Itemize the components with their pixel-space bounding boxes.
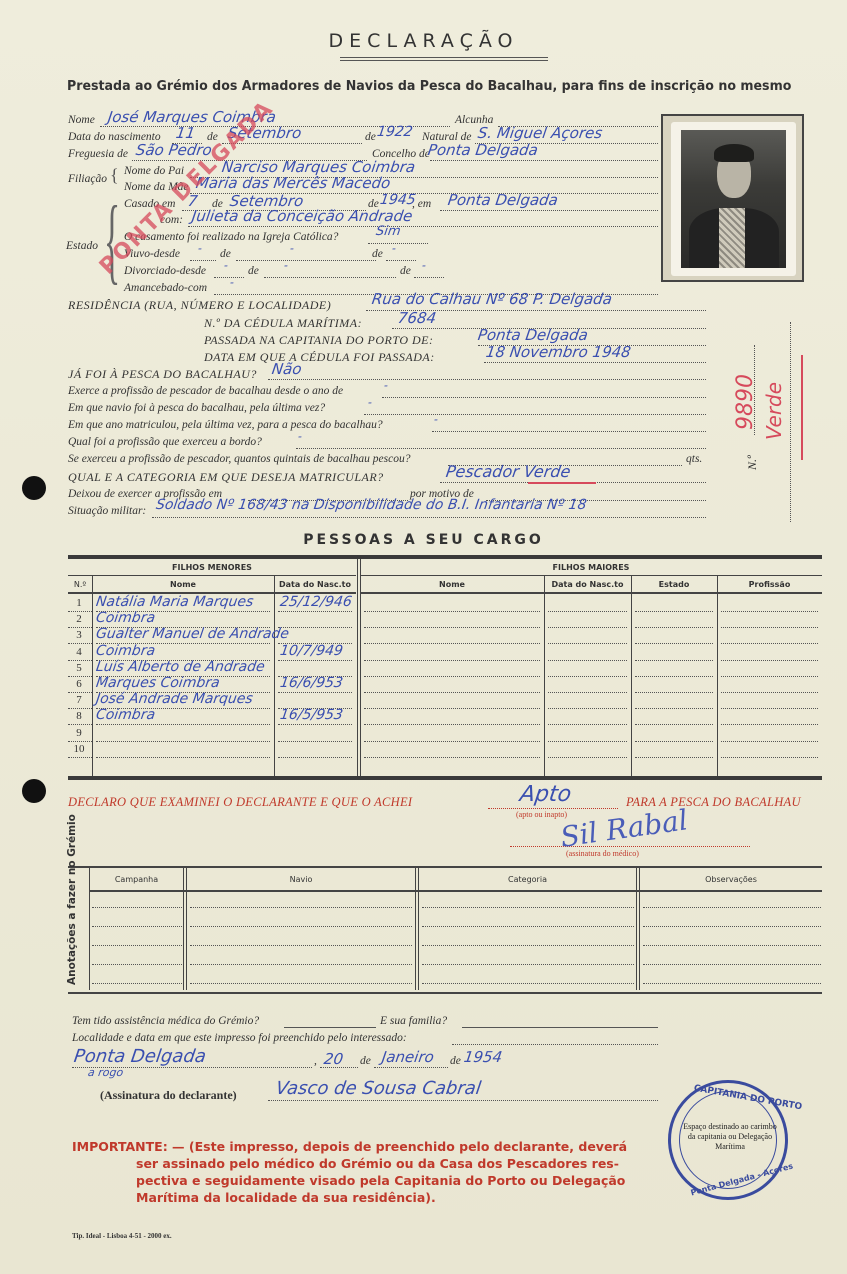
row-number: 9: [68, 727, 90, 739]
row-line: [548, 757, 627, 758]
row-line: [548, 708, 627, 709]
child-birthdate-field[interactable]: 25/12/946: [279, 594, 353, 610]
col-maiores-profissao: Profissão: [717, 580, 822, 589]
divorciado-value: -: [283, 259, 289, 272]
row-line: [635, 611, 713, 612]
row-line: [635, 724, 713, 725]
divorciado-field-1[interactable]: [214, 277, 244, 278]
anotacao-field[interactable]: [643, 983, 821, 984]
child-birthdate-field[interactable]: 16/6/953: [279, 675, 344, 691]
row-line: [364, 741, 540, 742]
side-number-label: N.º: [745, 455, 760, 470]
row-line: [68, 724, 92, 725]
row-line: [278, 724, 352, 725]
title-underline: [340, 57, 548, 58]
residencia-field[interactable]: Rua do Calhau Nº 68 P. Delgada: [371, 290, 613, 308]
declaration-form: DECLARAÇÃO Prestada ao Grémio dos Armado…: [0, 0, 847, 1274]
rule: [68, 992, 822, 994]
col-maiores-estado: Estado: [631, 580, 717, 589]
anotacao-field[interactable]: [422, 945, 634, 946]
row-line: [278, 741, 352, 742]
line: [432, 431, 706, 432]
row-line: [68, 660, 92, 661]
col-campanha: Campanha: [90, 875, 183, 884]
row-line: [68, 611, 92, 612]
de-label: de: [400, 265, 411, 277]
rule: [415, 868, 416, 990]
anotacao-field[interactable]: [190, 964, 412, 965]
line: [488, 808, 618, 809]
row-line: [68, 741, 92, 742]
apto-hint: (apto ou inapto): [516, 810, 567, 819]
assinatura-medico-hint: (assinatura do médico): [566, 849, 639, 858]
line: [368, 243, 428, 244]
rule: [183, 868, 184, 990]
anotacao-field[interactable]: [422, 983, 634, 984]
child-name-field[interactable]: Gualter Manuel de Andrade: [95, 626, 290, 642]
rule: [89, 868, 90, 990]
quintais-label: Se exerceu a profissão de pescador, quan…: [68, 453, 411, 465]
row-number: 8: [68, 710, 90, 722]
col-maiores-data: Data do Nasc.to: [544, 580, 631, 589]
de-label: de: [360, 1055, 371, 1067]
punch-hole: [22, 476, 46, 500]
nome-label: Nome: [68, 114, 95, 126]
desde-label: Exerce a profissão de pescador de bacalh…: [68, 385, 343, 397]
line: [296, 448, 706, 449]
divorciado-field-3[interactable]: [414, 277, 444, 278]
row-line: [721, 708, 818, 709]
de-label: de: [372, 248, 383, 260]
anotacao-field[interactable]: [190, 983, 412, 984]
de-ano-label: de: [365, 131, 376, 143]
red-mark: [801, 355, 803, 460]
de-label: de: [450, 1055, 461, 1067]
navio-field[interactable]: -: [367, 396, 373, 409]
row-line: [635, 627, 713, 628]
de-label: de: [248, 265, 259, 277]
row-line: [364, 708, 540, 709]
mae-field[interactable]: Maria das Mercês Macedo: [195, 174, 392, 192]
row-line: [635, 643, 713, 644]
rule: [68, 866, 822, 868]
categoria-field[interactable]: Pescador Verde: [445, 462, 572, 481]
anotacao-field[interactable]: [92, 945, 182, 946]
capitania-label: PASSADA NA CAPITANIA DO PORTO DE:: [204, 333, 434, 348]
em-label: , em: [412, 198, 431, 210]
assistencia-label: Tem tido assistência médica do Grémio?: [72, 1015, 259, 1027]
row-line: [364, 643, 540, 644]
ano-field[interactable]: -: [433, 413, 439, 426]
qts-label: qts.: [686, 453, 702, 465]
anotacao-field[interactable]: [190, 945, 412, 946]
row-number: 1: [68, 597, 90, 609]
row-line: [721, 692, 818, 693]
medico-signature-field[interactable]: [510, 846, 750, 847]
comma: ,: [314, 1055, 317, 1067]
pai-label: Nome do Pai: [124, 165, 184, 177]
row-line: [68, 692, 92, 693]
data-cedula-field[interactable]: 18 Novembro 1948: [485, 343, 632, 361]
id-photo: [661, 114, 804, 282]
assinatura-label: (Assinatura do declarante): [100, 1088, 237, 1103]
rule: [360, 592, 822, 594]
row-line: [68, 643, 92, 644]
row-line: [721, 611, 818, 612]
anotacao-field[interactable]: [92, 907, 182, 908]
row-line: [635, 757, 713, 758]
mes-field[interactable]: Janeiro: [381, 1048, 435, 1066]
filiacao-label: Filiação: [68, 173, 107, 185]
rule: [639, 868, 640, 990]
photo-image: [681, 130, 786, 268]
conjuge-field[interactable]: Julieta da Conceição Andrade: [191, 207, 414, 225]
row-line: [364, 757, 540, 758]
punch-hole: [22, 779, 46, 803]
line: [152, 517, 706, 518]
row-line: [635, 660, 713, 661]
familia-field[interactable]: [462, 1027, 658, 1028]
anotacao-field[interactable]: [643, 907, 821, 908]
profissao-field[interactable]: -: [297, 430, 303, 443]
capitania-field[interactable]: Ponta Delgada: [477, 326, 589, 344]
familia-label: E sua familia?: [380, 1015, 447, 1027]
table-bottom-rule: [68, 776, 822, 780]
viuvo-field-3[interactable]: [386, 260, 416, 261]
col-observacoes: Observações: [640, 875, 822, 884]
col-nome: Nome: [92, 580, 274, 589]
important-line: Marítima da localidade da sua residência…: [72, 1189, 662, 1206]
title-underline: [340, 60, 548, 61]
viuvo-field-2[interactable]: [236, 260, 376, 261]
photo-shirt: [719, 208, 745, 268]
row-line: [548, 724, 627, 725]
line: [440, 210, 658, 211]
rule: [274, 576, 275, 776]
row-line: [635, 676, 713, 677]
col-navio: Navio: [187, 875, 415, 884]
col-n: N.º: [68, 580, 92, 589]
anotacao-field[interactable]: [92, 964, 182, 965]
viuvo-value: -: [289, 242, 295, 255]
divorciado-field-2[interactable]: [264, 277, 396, 278]
important-notice: IMPORTANTE: — (Este impresso, depois de …: [72, 1138, 662, 1206]
ano-label: Em que ano matriculou, pela última vez, …: [68, 419, 383, 431]
row-line: [96, 757, 270, 758]
row-line: [364, 692, 540, 693]
red-underline: [528, 482, 596, 484]
line: [382, 397, 706, 398]
cedula-field[interactable]: 7684: [397, 309, 438, 327]
side-number-value: 9890: [733, 374, 758, 430]
rule: [631, 576, 632, 776]
natural-field[interactable]: S. Miguel Açores: [477, 124, 604, 142]
local-field[interactable]: Ponta Delgada: [73, 1046, 208, 1067]
child-name-field[interactable]: Luís Alberto de Andrade: [95, 659, 266, 675]
anotacao-field[interactable]: [92, 983, 182, 984]
freguesia-label: Freguesia de: [68, 148, 128, 160]
photo-border: [671, 122, 796, 276]
assinatura-field[interactable]: Vasco de Sousa Cabral: [275, 1078, 483, 1099]
row-number: 2: [68, 613, 90, 625]
document-subtitle: Prestada ao Grémio dos Armadores de Navi…: [67, 79, 791, 94]
row-line: [548, 741, 627, 742]
child-birthdate-field[interactable]: 10/7/949: [279, 643, 344, 659]
dia-field[interactable]: 20: [323, 1050, 345, 1068]
nascimento-dia-field[interactable]: 11: [175, 124, 197, 142]
amancebado-value: -: [229, 276, 235, 289]
rule: [717, 576, 718, 776]
row-line: [96, 724, 270, 725]
row-line: [721, 757, 818, 758]
rule: [68, 575, 356, 576]
categoria-label: QUAL E A CATEGORIA EM QUE DESEJA MATRICU…: [68, 470, 384, 485]
row-line: [364, 627, 540, 628]
row-line: [548, 692, 627, 693]
row-number: 5: [68, 662, 90, 674]
rule: [418, 868, 419, 990]
document-title: DECLARAÇÃO: [0, 30, 847, 52]
anotacao-field[interactable]: [422, 964, 634, 965]
casado-local-field[interactable]: Ponta Delgada: [447, 191, 559, 209]
child-name-field[interactable]: Natália Maria Marques: [95, 594, 255, 610]
line: [484, 362, 706, 363]
divorciado-value: -: [223, 259, 229, 272]
row-line: [548, 611, 627, 612]
row-line: [548, 676, 627, 677]
militar-field[interactable]: Soldado Nº 168/43 na Disponibilidade do …: [155, 497, 588, 513]
navio-label: Em que navio foi à pesca do bacalhau, pe…: [68, 402, 325, 414]
important-line: pectiva e seguidamente visado pela Capit…: [72, 1172, 662, 1189]
menores-title: FILHOS MENORES: [68, 563, 356, 572]
side-number-line: [790, 322, 791, 522]
child-name-field[interactable]: Coimbra: [95, 643, 156, 659]
row-line: [548, 643, 627, 644]
estado-label: Estado: [66, 240, 98, 252]
cedula-label: N.º DA CÉDULA MARÍTIMA:: [204, 316, 362, 331]
anotacao-field[interactable]: [92, 926, 182, 927]
row-line: [364, 611, 540, 612]
ja-foi-label: JÁ FOI À PESCA DO BACALHAU?: [68, 367, 257, 382]
row-line: [635, 692, 713, 693]
ja-foi-field[interactable]: Não: [271, 360, 303, 378]
rule: [92, 576, 93, 776]
anotacao-field[interactable]: [422, 926, 634, 927]
row-number: 4: [68, 646, 90, 658]
row-line: [68, 676, 92, 677]
row-line: [548, 627, 627, 628]
nascimento-ano-field[interactable]: 1922: [376, 124, 414, 140]
residencia-label: RESIDÊNCIA (RUA, NÚMERO E LOCALIDADE): [68, 298, 331, 313]
amancebado-label: Amancebado-com: [124, 282, 207, 294]
child-name-field[interactable]: Marques Coimbra: [95, 675, 221, 691]
pessoas-title: PESSOAS A SEU CARGO: [0, 532, 847, 548]
divorciado-label: Divorciado-desde: [124, 265, 206, 277]
profissao-label: Qual foi a profissão que exerceu a bordo…: [68, 436, 262, 448]
anotacao-field[interactable]: [643, 964, 821, 965]
igreja-field[interactable]: Sim: [375, 224, 402, 239]
row-line: [548, 660, 627, 661]
row-line: [68, 708, 92, 709]
line: [374, 1067, 448, 1068]
divorciado-value: -: [421, 259, 427, 272]
line: [268, 1100, 658, 1101]
important-line: IMPORTANTE: — (Este impresso, depois de …: [72, 1138, 662, 1155]
child-name-field[interactable]: José Andrade Marques: [95, 691, 254, 707]
row-line: [68, 757, 92, 758]
rule: [636, 868, 637, 990]
row-number: 7: [68, 694, 90, 706]
rule: [90, 890, 822, 892]
row-line: [721, 660, 818, 661]
child-name-field[interactable]: Coimbra: [95, 610, 156, 626]
ano-field[interactable]: 1954: [463, 1048, 504, 1066]
anotacao-field[interactable]: [422, 907, 634, 908]
row-line: [635, 708, 713, 709]
row-line: [364, 660, 540, 661]
anotacao-field[interactable]: [643, 926, 821, 927]
line: [364, 414, 706, 415]
col-maiores-nome: Nome: [360, 580, 544, 589]
row-line: [364, 724, 540, 725]
viuvo-value: -: [391, 242, 397, 255]
anotacoes-side-label: Anotações a fazer no Grémio: [66, 814, 78, 985]
row-line: [278, 757, 352, 758]
rule: [360, 575, 822, 576]
rule: [544, 576, 545, 776]
concelho-field[interactable]: Ponta Delgada: [427, 141, 539, 159]
rule: [186, 868, 187, 990]
row-line: [721, 627, 818, 628]
row-line: [721, 741, 818, 742]
row-line: [68, 627, 92, 628]
row-line: [278, 660, 352, 661]
line: [430, 160, 658, 161]
anotacao-field[interactable]: [643, 945, 821, 946]
rule: [357, 559, 358, 777]
anotacao-field[interactable]: [190, 926, 412, 927]
row-line: [635, 741, 713, 742]
a-rogo-note: a rogo: [87, 1066, 124, 1079]
line: [188, 226, 658, 227]
printer-footer: Tip. Ideal - Lisboa 4-51 - 2000 ex.: [72, 1232, 172, 1240]
col-categoria: Categoria: [419, 875, 636, 884]
stamp-space-text: Espaço destinado ao carimbo da capitania…: [680, 1122, 780, 1152]
child-name-field[interactable]: Coimbra: [95, 707, 156, 723]
row-line: [278, 692, 352, 693]
localidade-label: Localidade e data em que este impresso f…: [72, 1032, 407, 1044]
maiores-title: FILHOS MAIORES: [360, 563, 822, 572]
row-line: [721, 643, 818, 644]
row-line: [96, 741, 270, 742]
line: [268, 379, 706, 380]
row-number: 3: [68, 629, 90, 641]
child-birthdate-field[interactable]: 16/5/953: [279, 707, 344, 723]
anotacao-field[interactable]: [190, 907, 412, 908]
data-cedula-label: DATA EM QUE A CÉDULA FOI PASSADA:: [204, 350, 435, 365]
row-line: [364, 676, 540, 677]
viuvo-field-1[interactable]: [190, 260, 216, 261]
important-line: ser assinado pelo médico do Grémio ou da…: [72, 1155, 662, 1172]
declaro-label: DECLARO QUE EXAMINEI O DECLARANTE E QUE …: [68, 795, 412, 810]
resultado-field[interactable]: Apto: [518, 782, 573, 807]
brace: {: [110, 165, 119, 186]
side-number-annotation: Verde: [762, 382, 786, 440]
viuvo-value: -: [197, 242, 203, 255]
row-number: 6: [68, 678, 90, 690]
row-line: [721, 724, 818, 725]
assistencia-field[interactable]: [284, 1027, 376, 1028]
row-line: [278, 611, 352, 612]
row-line: [721, 676, 818, 677]
line: [452, 1044, 658, 1045]
row-number: 10: [68, 743, 90, 755]
table-top-rule: [68, 555, 822, 559]
desde-field[interactable]: -: [383, 379, 389, 392]
militar-label: Situação militar:: [68, 505, 146, 517]
col-data: Data do Nasc.to: [274, 580, 356, 589]
photo-hair: [714, 144, 754, 162]
